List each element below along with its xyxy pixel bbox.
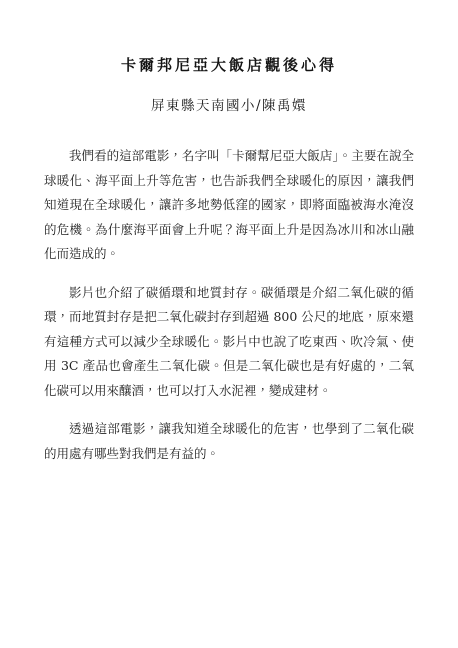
document-page: 卡爾邦尼亞大飯店觀後心得 屏東縣天南國小/陳禹嬛 我們看的這部電影，名字叫「卡爾… [0,0,458,648]
paragraph-2: 影片也介紹了碳循環和地質封存。碳循環是介紹二氧化碳的循環，而地質封存是把二氧化碳… [44,281,414,404]
paragraph-3: 透過這部電影，讓我知道全球暖化的危害，也學到了二氧化碳的用處有哪些對我們是有益的… [44,417,414,466]
document-title: 卡爾邦尼亞大飯店觀後心得 [44,54,414,75]
document-body: 我們看的這部電影，名字叫「卡爾幫尼亞大飯店」。主要在說全球暖化、海平面上升等危害… [44,144,414,466]
paragraph-1: 我們看的這部電影，名字叫「卡爾幫尼亞大飯店」。主要在說全球暖化、海平面上升等危害… [44,144,414,267]
document-byline: 屏東縣天南國小/陳禹嬛 [44,94,414,114]
